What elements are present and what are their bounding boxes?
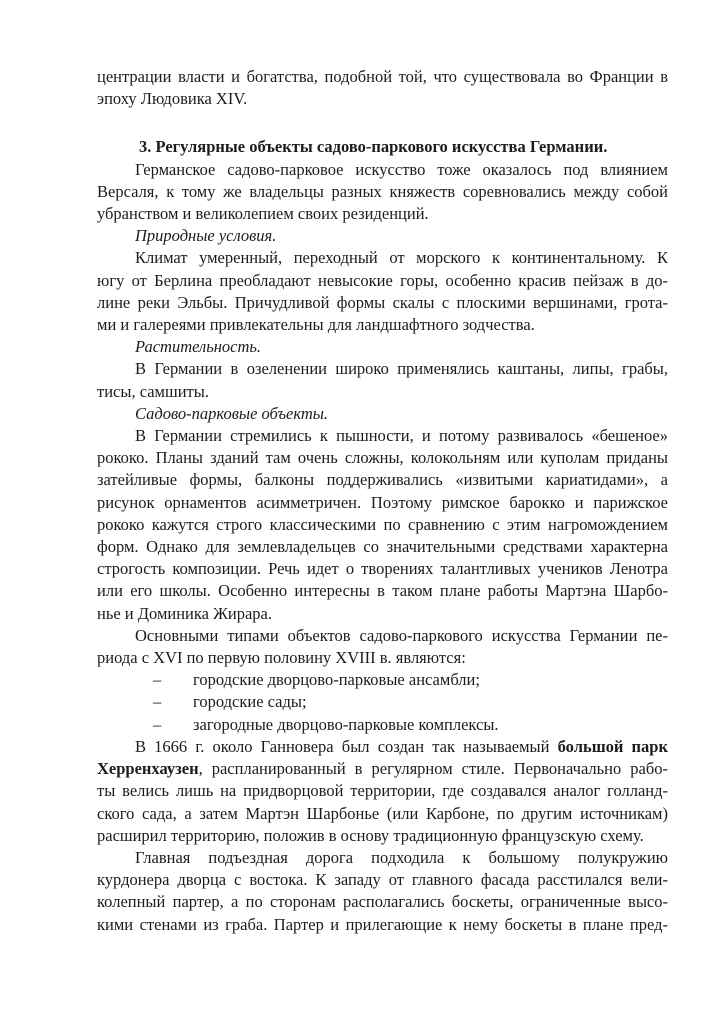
text-line: расширил территорию, положив в основу тр… (97, 825, 668, 847)
text-line: строгость композиции. Речь идет о творен… (97, 558, 668, 580)
paragraph: Главная подъездная дорога подходила к бо… (97, 847, 668, 936)
text-line: форм. Однако для землевладельцев со знач… (97, 536, 668, 558)
text-line: Германское садово-парковое искусство тож… (97, 159, 668, 181)
paragraph: Климат умеренный, переходный от морского… (97, 247, 668, 336)
paragraph-spacer (97, 110, 668, 136)
text-line: рококо кажутся строго классическими по с… (97, 514, 668, 536)
list-item-text: городские дворцово-парковые ансамбли; (193, 670, 480, 689)
text-line: затейливые формы, балконы поддерживались… (97, 469, 668, 491)
text-line: рисунок орнаментов асимметричен. Поэтому… (97, 492, 668, 514)
text-line: Основными типами объектов садово-парково… (97, 625, 668, 647)
list-dash-marker: – (153, 714, 161, 736)
list-dash-marker: – (153, 691, 161, 713)
text-line: Херренхаузен, распланированный в регуляр… (97, 758, 668, 780)
document-page: центрации власти и богатства, подобной т… (0, 0, 724, 1024)
document-content: центрации власти и богатства, подобной т… (97, 66, 668, 936)
paragraph: Германское садово-парковое искусство тож… (97, 159, 668, 226)
text-line: Климат умеренный, переходный от морского… (97, 247, 668, 269)
list-item: –городские сады; (97, 691, 668, 713)
text-line: кими стенами из граба. Партер и прилегаю… (97, 914, 668, 936)
list-item-text: городские сады; (193, 692, 307, 711)
paragraph: Основными типами объектов садово-парково… (97, 625, 668, 669)
text-line: тисы, самшиты. (97, 381, 668, 403)
list-item-text: загородные дворцово-парковые комплексы. (193, 715, 499, 734)
section-heading: 3. Регулярные объекты садово-паркового и… (97, 136, 668, 158)
text-line: Версаля, к тому же владельцы разных княж… (97, 181, 668, 203)
text-line: ты велись лишь на придворцовой территори… (97, 780, 668, 802)
text-line: лине реки Эльбы. Причудливой формы скалы… (97, 292, 668, 314)
paragraph: В Германии стремились к пышности, и пото… (97, 425, 668, 625)
text-line: ского сада, а затем Мартэн Шарбонье (или… (97, 803, 668, 825)
list-item: –городские дворцово-парковые ансамбли; (97, 669, 668, 691)
bullet-list: –городские дворцово-парковые ансамбли;–г… (97, 669, 668, 736)
text-line: В Германии стремились к пышности, и пото… (97, 425, 668, 447)
paragraph: центрации власти и богатства, подобной т… (97, 66, 668, 110)
subsection-heading: Садово-парковые объекты. (97, 403, 668, 425)
text-line: югу от Берлина преобладают невысокие гор… (97, 270, 668, 292)
text-line: колепный партер, а по сторонам располага… (97, 891, 668, 913)
paragraph: В 1666 г. около Ганновера был создан так… (97, 736, 668, 847)
text-line: Главная подъездная дорога подходила к бо… (97, 847, 668, 869)
text-line: риода с XVI по первую половину XVIII в. … (97, 647, 668, 669)
text-line: эпоху Людовика XIV. (97, 88, 668, 110)
subsection-heading: Природные условия. (97, 225, 668, 247)
text-line: курдонера дворца с востока. К западу от … (97, 869, 668, 891)
text-line: нье и Доминика Жирара. (97, 603, 668, 625)
text-line: или его школы. Особенно интересны в тако… (97, 580, 668, 602)
paragraph: В Германии в озеленении широко применяли… (97, 358, 668, 402)
list-dash-marker: – (153, 669, 161, 691)
text-line: В Германии в озеленении широко применяли… (97, 358, 668, 380)
text-line: рококо. Планы зданий там очень сложны, к… (97, 447, 668, 469)
subsection-heading: Растительность. (97, 336, 668, 358)
text-line: убранством и великолепием своих резиденц… (97, 203, 668, 225)
text-line: ми и галереями привлекательны для ландша… (97, 314, 668, 336)
text-line: центрации власти и богатства, подобной т… (97, 66, 668, 88)
text-line: В 1666 г. около Ганновера был создан так… (97, 736, 668, 758)
list-item: –загородные дворцово-парковые комплексы. (97, 714, 668, 736)
